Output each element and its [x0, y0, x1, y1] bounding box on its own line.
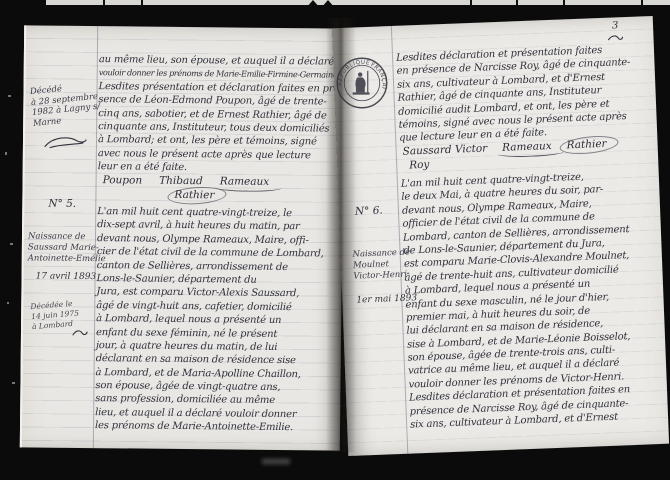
ruler-tick [103, 0, 105, 5]
page-number: 3 [612, 20, 619, 31]
margin-title-line: Saussard Marie- [28, 242, 102, 254]
signature: Poupon [103, 174, 143, 186]
scanner-edge-strip [46, 0, 670, 5]
signature: Thibaud [159, 175, 203, 187]
act-number: N° 6. [355, 205, 383, 218]
binding-notch [306, 0, 320, 8]
scan-speck [5, 152, 7, 155]
margin-birth-date: 17 avril 1893 [36, 271, 97, 282]
official-stamp: RÉPUBLIQUE FRANÇAISE [334, 55, 390, 111]
act-6-text: L'an mil huit cent quatre-vingt-treize,l… [401, 168, 665, 432]
margin-title-line: Antoinette-Emélie [28, 253, 102, 265]
paraph-flourish [606, 32, 624, 43]
act-5-closing-text: Lesdites déclaration et présentation fai… [396, 42, 651, 145]
margin-death-annotation: Décédéà 28 septembre1982 à Lagny s/Marne [30, 81, 104, 129]
ruler-tick [470, 0, 472, 5]
scan-speck [7, 302, 9, 304]
register-scan-background: Décédéà 28 septembre1982 à Lagny s/Marne… [0, 0, 670, 480]
scan-smudge [262, 459, 290, 464]
ruler-tick [516, 0, 518, 5]
margin-death-annotation: Décédée le14 juin 1975à Lombard [30, 297, 94, 332]
signature: Rameaux [220, 175, 270, 188]
margin-title-line: Naissance de [28, 231, 102, 243]
ruler-tick [141, 0, 143, 5]
signature: Saussard Victor [402, 142, 487, 157]
signature: Roy [409, 159, 430, 172]
signature: Rathier [566, 138, 606, 152]
signature: Rameaux [502, 140, 552, 154]
paraph-flourish [71, 328, 89, 338]
marianne-figure [353, 71, 370, 95]
binding-notch [321, 0, 335, 8]
act-5-text: L'an mil huit cent quatre-vingt-treize, … [95, 205, 339, 435]
left-page: Décédéà 28 septembre1982 à Lagny s/Marne… [20, 25, 344, 450]
ruler-tick [563, 0, 565, 5]
paraph-flourish [41, 134, 89, 153]
scan-speck [12, 382, 15, 384]
margin-birth-title: Naissance deSaussard Marie-Antoinette-Em… [28, 231, 102, 265]
act-text-line: les prénoms de Marie-Antoinette-Emilie. [95, 419, 337, 435]
act-number: N° 5. [48, 198, 76, 210]
ruler-tick [641, 0, 643, 5]
signature: Rathier [174, 189, 214, 201]
act-4-closing-text: au même lieu, son épouse, et auquel il a… [98, 53, 341, 176]
scan-speck [8, 95, 11, 97]
scan-speck [10, 243, 13, 245]
signatures-row: PouponThibaudRameaux [103, 174, 270, 188]
